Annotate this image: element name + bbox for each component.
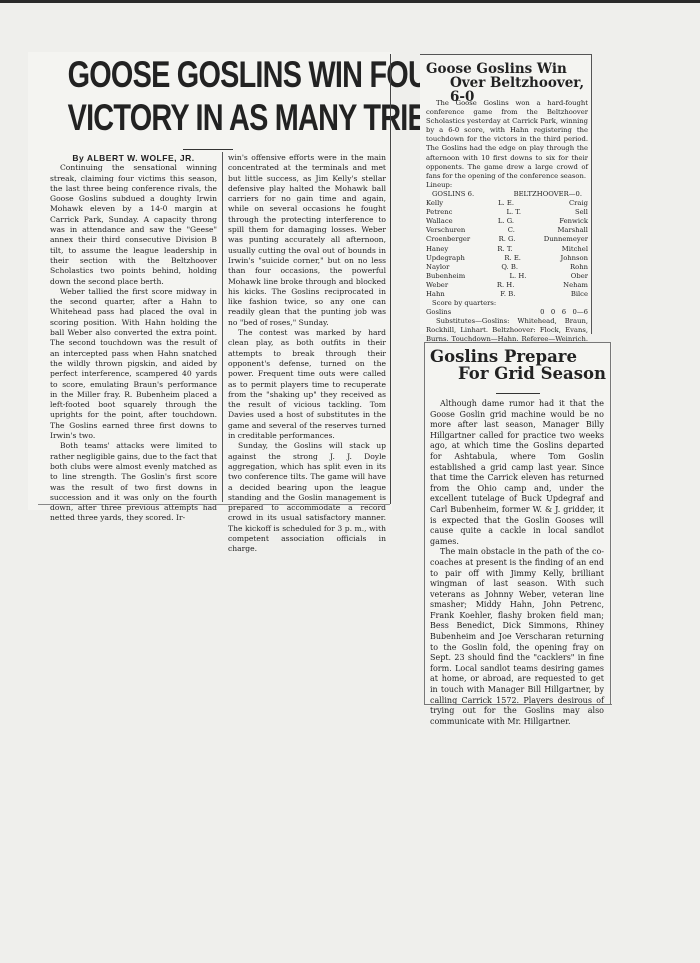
clipping-right-edge [610,342,611,704]
article1-headline: GOOSE GOSLINS WIN FOURTH VICTORY IN AS M… [28,56,388,136]
lineup-row: BubenheimL. H.Ober [426,272,588,281]
paragraph: Both teams' attacks were limited to rath… [50,441,217,523]
paragraph: Continuing the sensational winning strea… [50,163,217,287]
player-right: Rohn [570,263,588,272]
player-right: Fenwick [559,217,588,226]
paragraph: Sunday, the Goslins will stack up agains… [228,441,386,554]
article1-column-1: By ALBERT W. WOLFE, JR. Continuing the s… [50,153,217,524]
paragraph: The Goose Goslins won a hard-fought conf… [426,99,588,181]
article1-headline-line1: GOOSE GOSLINS WIN FOURTH [68,56,349,93]
lineup-row: KellyL. E.Craig [426,199,588,208]
player-left: Haney [426,245,448,254]
position: C. [508,226,515,235]
player-left: Weber [426,281,448,290]
position: R. E. [504,254,521,263]
lineup-row: CroenbergerR. G.Dunnemeyer [426,235,588,244]
player-right: Marshall [557,226,588,235]
score-row: Goslins 0 0 6 0—6 [426,308,588,317]
player-left: Hahn [426,290,445,299]
paragraph: The main obstacle in the path of the co-… [430,547,604,727]
position: L. G. [498,217,514,226]
player-left: Croenberger [426,235,470,244]
player-right: Bilce [571,290,588,299]
headline-divider [496,393,540,394]
column-rule [222,152,223,502]
clipping-right-edge [390,54,391,504]
lineup-row: NaylorQ. B.Rohn [426,263,588,272]
clipping-right-edge [591,54,592,334]
position: Q. B. [501,263,518,272]
player-left: Petrenc [426,208,452,217]
article2-body: The Goose Goslins won a hard-fought conf… [426,99,588,363]
scan-top-edge [0,0,700,3]
player-left: Wallace [426,217,453,226]
position: R. G. [499,235,516,244]
team-goslins: GOSLINS 6. [432,190,474,199]
paragraph: Weber tallied the first score midway in … [50,287,217,441]
player-right: Neham [563,281,588,290]
player-right: Mitchel [562,245,588,254]
lineup-row: WallaceL. G.Fenwick [426,217,588,226]
article2-headline-line1: Goose Goslins Win [426,62,592,76]
position: R. H. [497,281,515,290]
position: L. T. [506,208,521,217]
position: L. H. [510,272,527,281]
article3-headline-line1: Goslins Prepare [430,348,608,365]
player-right: Ober [571,272,588,281]
article-goslins-prepare-for-grid-season: Goslins Prepare For Grid Season Although… [424,342,612,706]
score-values: 0 0 6 0—6 [540,308,588,317]
clipping-top-edge [420,54,592,55]
article1-column-2: win's offensive efforts were in the main… [228,153,386,555]
article3-headline: Goslins Prepare For Grid Season [430,348,608,383]
score-label: Score by quarters: [426,299,588,308]
clipping-top-edge [424,342,610,343]
article3-body: Although dame rumor had it that the Goos… [430,399,604,727]
lineup-row: HahnF. B.Bilce [426,290,588,299]
team-beltzhoover: BELTZHOOVER—0. [514,190,582,199]
position: F. B. [500,290,515,299]
player-left: Verschuren [426,226,465,235]
paragraph: win's offensive efforts were in the main… [228,153,386,328]
lineup-row: PetrencL. T.Sell [426,208,588,217]
lineup-row: VerschurenC.Marshall [426,226,588,235]
clipping-left-edge [424,342,425,704]
player-left: Kelly [426,199,443,208]
article3-headline-line2: For Grid Season [430,365,608,382]
player-left: Updegraph [426,254,465,263]
player-right: Johnson [560,254,588,263]
player-right: Sell [575,208,588,217]
headline-divider [183,149,233,150]
article1-headline-line2: VICTORY IN AS MANY TRIES [68,99,349,136]
byline: By ALBERT W. WOLFE, JR. [50,153,217,163]
player-left: Naylor [426,263,449,272]
position: R. T. [497,245,512,254]
player-right: Craig [569,199,588,208]
player-right: Dunnemeyer [544,235,588,244]
lineup-row: UpdegraphR. E.Johnson [426,254,588,263]
player-left: Bubenheim [426,272,465,281]
paragraph: Although dame rumor had it that the Goos… [430,399,604,547]
clipping-bottom-edge [424,704,612,705]
clipping-bottom-edge [38,504,390,505]
article-goslins-win-over-beltzhoover: Goose Goslins Win Over Beltzhoover, 6-0 … [420,54,592,334]
paragraph: The contest was marked by hard clean pla… [228,328,386,441]
lineup-row: WeberR. H.Neham [426,281,588,290]
position: L. E. [498,199,514,208]
lineup-table: KellyL. E.Craig PetrencL. T.Sell Wallace… [426,199,588,299]
article-goose-goslins-fourth-victory: GOOSE GOSLINS WIN FOURTH VICTORY IN AS M… [28,52,392,510]
lineup-label: Lineup: [426,181,588,190]
lineup-row: HaneyR. T.Mitchel [426,245,588,254]
score-team: Goslins [426,308,451,317]
